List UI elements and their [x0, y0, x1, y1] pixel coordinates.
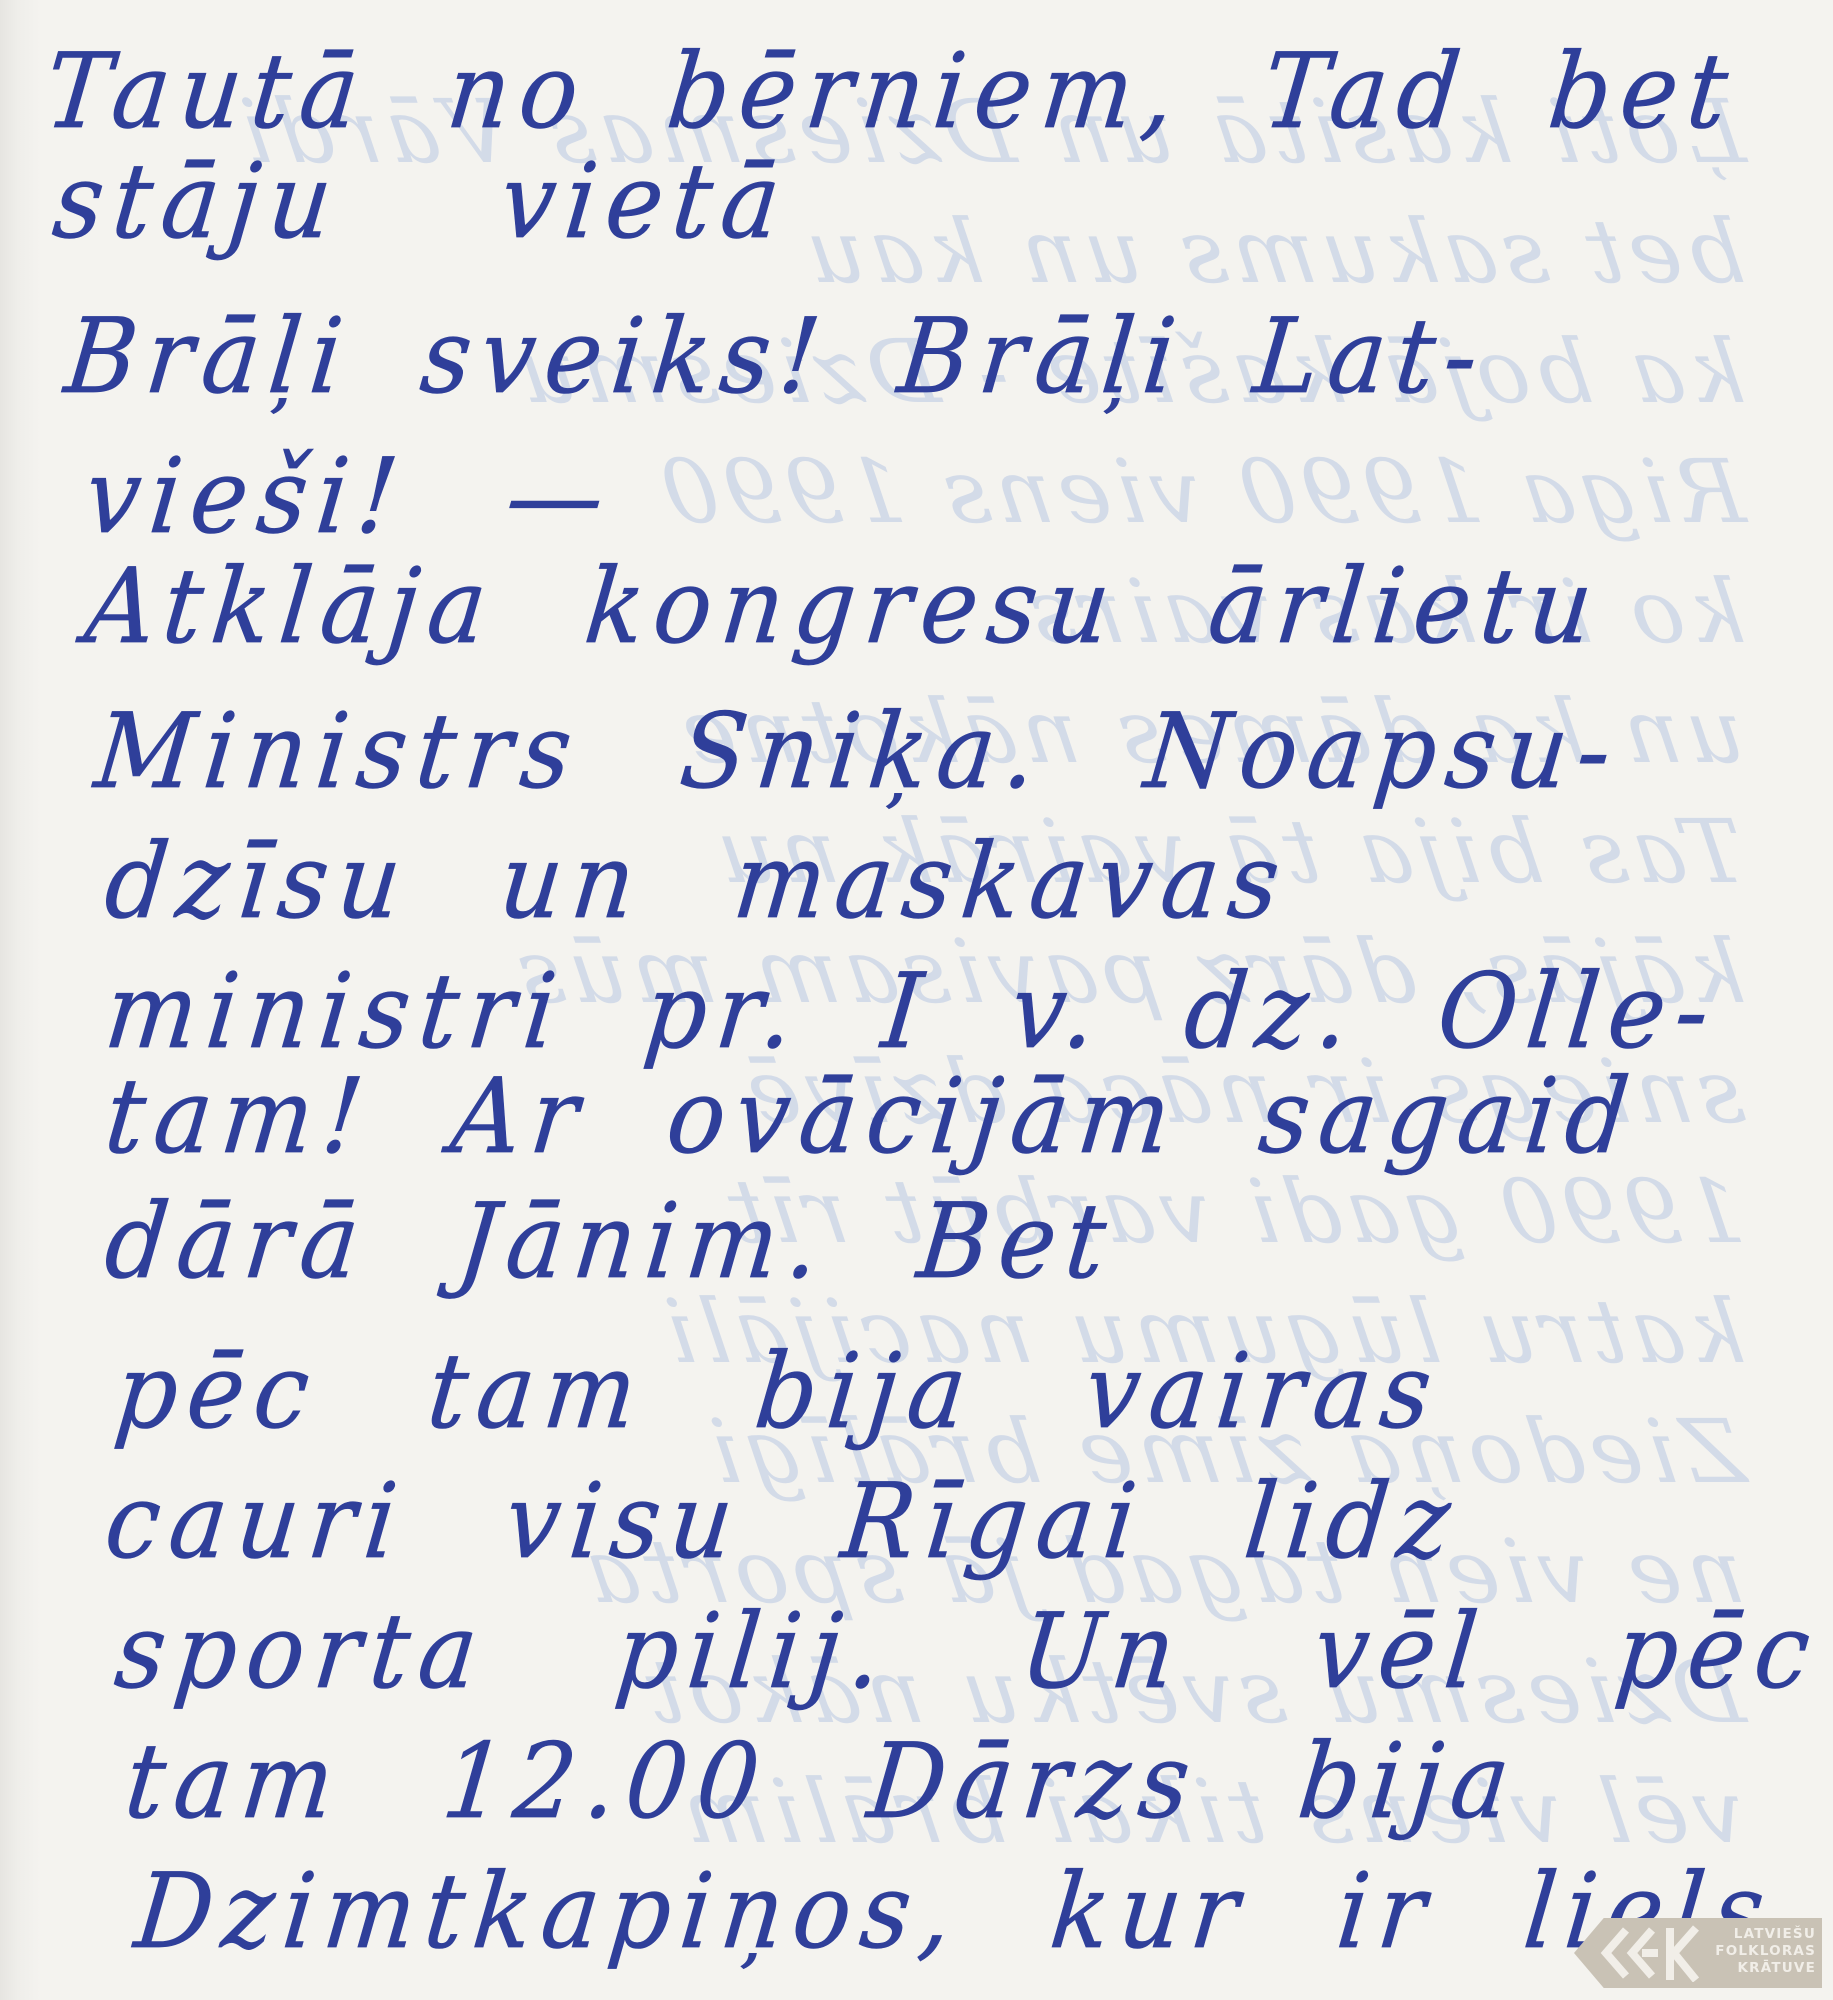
text-line: Dzimtkapiņos, kur ir liels: [130, 1851, 1780, 1972]
text-line: stāju vietā: [48, 141, 795, 262]
text-line: Ministrs Sniķa. Noapsu-: [90, 691, 1627, 812]
archive-watermark-logo: LATVIEŠU FOLKLORAS KRĀTUVE: [1574, 1918, 1822, 1988]
text-line: dzīsu un maskavas: [100, 821, 1295, 942]
text-line: Brāļi sveiks! Brāļi Lat-: [60, 296, 1493, 417]
text-line: pēc tam bija vairas: [110, 1331, 1447, 1452]
logo-text-line: LATVIEŠU: [1734, 1926, 1816, 1943]
handwritten-text: Tautā no bērniem, Tad bet stāju vietā Br…: [0, 0, 1833, 2000]
lfk-monogram-icon: [1596, 1924, 1706, 1982]
logo-text-line: KRĀTUVE: [1738, 1960, 1817, 1977]
text-line: dārā Jānim. Bet: [100, 1181, 1121, 1302]
text-line: tam! Ar ovācijām sagaid: [100, 1056, 1644, 1177]
text-line: vieši! —: [80, 436, 620, 557]
text-line: Tautā no bērniem, Tad bet: [40, 31, 1743, 152]
manuscript-page: Ļoti kasitā un Dziesmas Vārdi bet sakums…: [0, 0, 1833, 2000]
text-line: sporta pilij. Un vēl pēc: [110, 1591, 1825, 1712]
logo-text-line: FOLKLORAS: [1715, 1943, 1816, 1960]
text-line: cauri visu Rīgai lidz: [100, 1461, 1466, 1582]
text-line: ministri pr. I v. dz. Olle-: [100, 951, 1724, 1072]
text-line: Atklāja kongresu ārlietu: [80, 546, 1608, 667]
text-line: tam 12.00 Dārzs bija: [120, 1721, 1525, 1842]
logo-org-name: LATVIEŠU FOLKLORAS KRĀTUVE: [1704, 1926, 1816, 1977]
